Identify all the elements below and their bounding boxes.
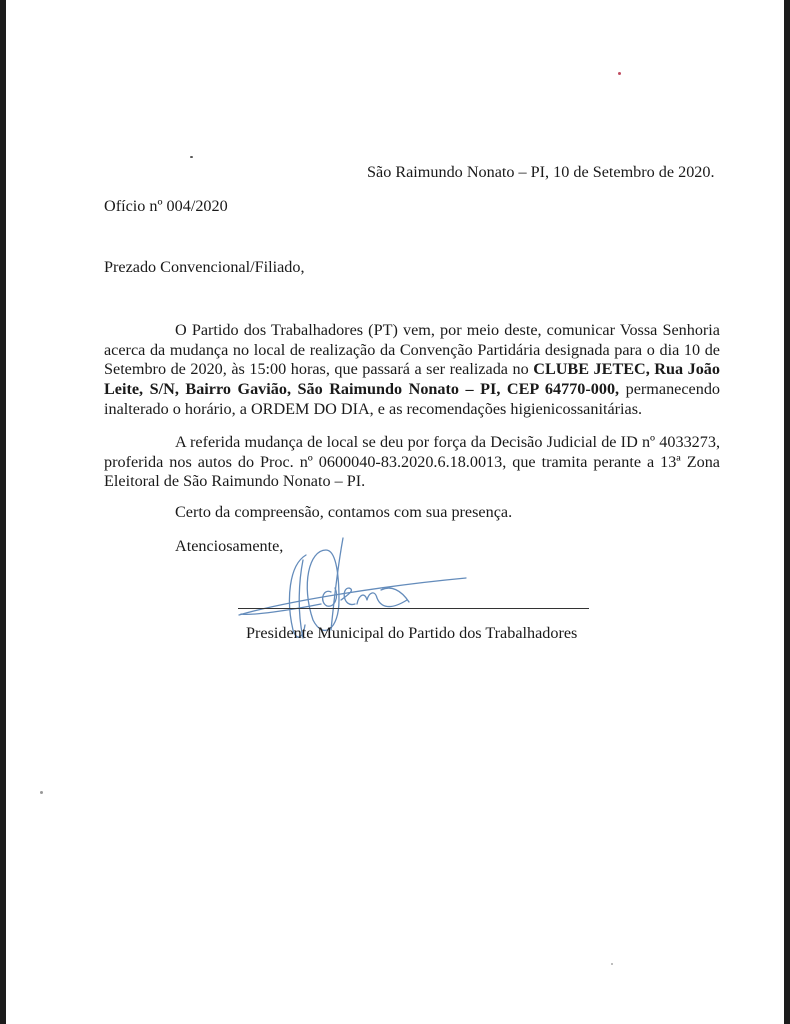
document-reference: Ofício nº 004/2020 xyxy=(104,197,228,216)
scan-speck xyxy=(190,156,193,158)
place-date: São Raimundo Nonato – PI, 10 de Setembro… xyxy=(367,163,715,182)
scan-speck xyxy=(618,72,621,75)
letter-document: São Raimundo Nonato – PI, 10 de Setembro… xyxy=(6,0,784,1024)
signatory-title: Presidente Municipal do Partido dos Trab… xyxy=(246,624,577,643)
scan-speck xyxy=(40,791,43,794)
signature-line xyxy=(238,608,589,609)
body-paragraph-2: A referida mudança de local se deu por f… xyxy=(104,433,720,492)
body-paragraph-1: O Partido dos Trabalhadores (PT) vem, po… xyxy=(104,321,720,420)
salutation: Prezado Convencional/Filiado, xyxy=(104,258,305,277)
closing-line: Certo da compreensão, contamos com sua p… xyxy=(175,503,512,522)
scan-speck xyxy=(611,963,613,965)
scanned-page: São Raimundo Nonato – PI, 10 de Setembro… xyxy=(6,0,784,1024)
